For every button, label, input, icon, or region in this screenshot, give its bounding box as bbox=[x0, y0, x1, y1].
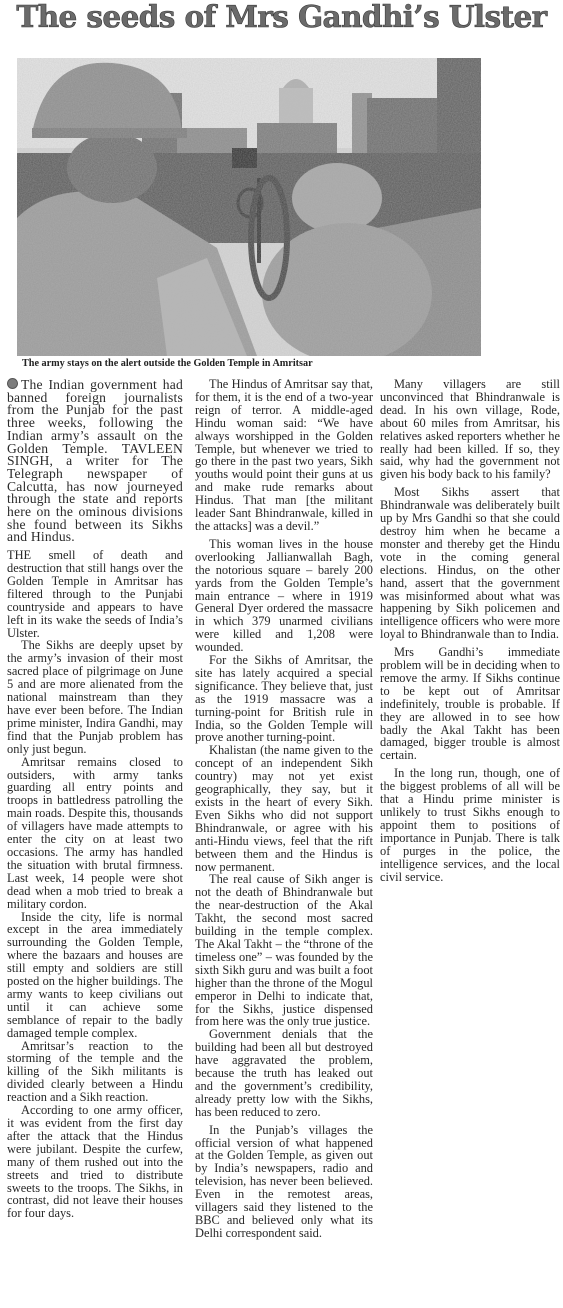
article-column-1: The Indian government had banned foreign… bbox=[7, 378, 183, 1220]
standfirst-text: The Indian government had banned foreign… bbox=[7, 377, 183, 544]
soldier-photo-illustration bbox=[17, 58, 481, 356]
photo-caption: The army stays on the alert outside the … bbox=[22, 357, 542, 371]
article-photo bbox=[17, 58, 481, 356]
article-column-2: The Hindus of Amritsar say that, for the… bbox=[195, 378, 373, 1240]
paragraph: For the Sikhs of Amritsar, the site has … bbox=[195, 654, 373, 744]
paragraph: The Hindus of Amritsar say that, for the… bbox=[195, 378, 373, 533]
paragraph: Government denials that the building had… bbox=[195, 1028, 373, 1118]
paragraph: In the Punjab’s villages the official ve… bbox=[195, 1124, 373, 1240]
paragraph: According to one army officer, it was ev… bbox=[7, 1104, 183, 1220]
standfirst: The Indian government had banned foreign… bbox=[7, 378, 183, 544]
paragraph: Khalistan (the name given to the concept… bbox=[195, 744, 373, 873]
paragraph: Amritsar remains closed to outsiders, wi… bbox=[7, 756, 183, 911]
paragraph: THE smell of death and destruction that … bbox=[7, 549, 183, 639]
paragraph: Amritsar’s reaction to the storming of t… bbox=[7, 1040, 183, 1105]
paragraph: Mrs Gandhi’s immediate problem will be i… bbox=[380, 646, 560, 762]
paragraph: The real cause of Sikh anger is not the … bbox=[195, 873, 373, 1028]
paragraph: The Sikhs are deeply upset by the army’s… bbox=[7, 639, 183, 755]
paragraph: Inside the city, life is normal except i… bbox=[7, 911, 183, 1040]
headline: The seeds of Mrs Gandhi’s Ulster bbox=[0, 0, 563, 34]
article-column-3: Many villagers are still unconvinced tha… bbox=[380, 378, 560, 883]
paragraph: In the long run, though, one of the bigg… bbox=[380, 767, 560, 883]
paragraph: Many villagers are still unconvinced tha… bbox=[380, 378, 560, 481]
paragraph: This woman lives in the house overlookin… bbox=[195, 538, 373, 654]
bullet-dot-icon bbox=[7, 378, 18, 389]
paragraph: Most Sikhs assert that Bhindranwale was … bbox=[380, 486, 560, 641]
